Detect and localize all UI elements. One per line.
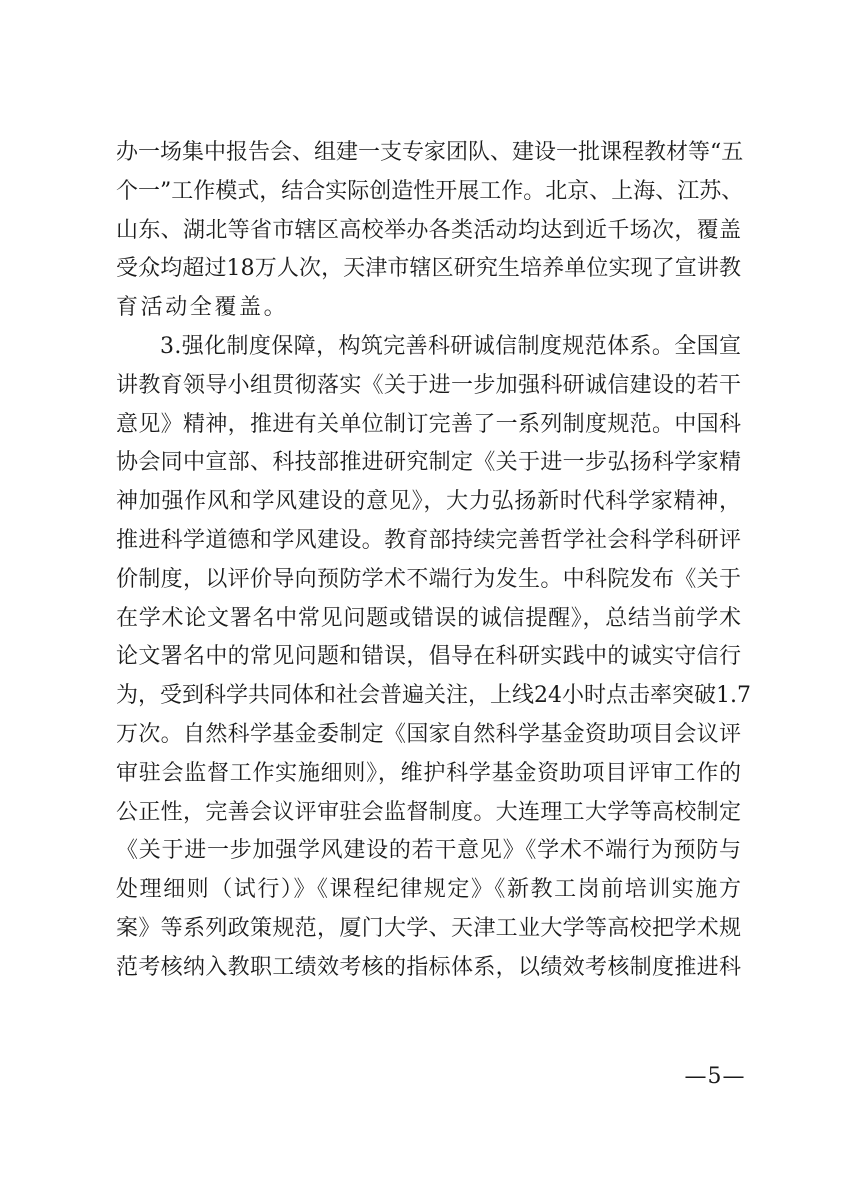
text-line: 讲教育领导小组贯彻落实《关于进一步加强科研诚信建设的若干 — [116, 373, 741, 412]
text-line: 受众均超过18万人次，天津市辖区研究生培养单位实现了宣讲教 — [116, 256, 741, 295]
text-line: 在学术论文署名中常见问题或错误的诚信提醒》，总结当前学术 — [116, 606, 741, 645]
text-line: 山东、湖北等省市辖区高校举办各类活动均达到近千场次，覆盖 — [116, 218, 741, 257]
paragraph-section-3: 3.强化制度保障，构筑完善科研诚信制度规范体系。全国宣 讲教育领导小组贯彻落实《… — [116, 334, 741, 994]
body-text: 办一场集中报告会、组建一支专家团队、建设一批课程教材等“五 个一”工作模式，结合… — [116, 140, 741, 994]
text-line: 公正性，完善会议评审驻会监督制度。大连理工大学等高校制定 — [116, 800, 741, 839]
text-line: 为，受到科学共同体和社会普遍关注，上线24小时点击率突破1.7 — [116, 683, 741, 722]
document-page: 办一场集中报告会、组建一支专家团队、建设一批课程教材等“五 个一”工作模式，结合… — [0, 0, 849, 1200]
text-line: 育活动全覆盖。 — [116, 295, 741, 334]
text-line: 万次。自然科学基金委制定《国家自然科学基金资助项目会议评 — [116, 722, 741, 761]
text-line: 协会同中宣部、科技部推进研究制定《关于进一步弘扬科学家精 — [116, 450, 741, 489]
text-line: 处理细则（试行）》《课程纪律规定》《新教工岗前培训实施方 — [116, 877, 741, 916]
text-line: 推进科学道德和学风建设。教育部持续完善哲学社会科学科研评 — [116, 528, 741, 567]
text-line: 意见》精神，推进有关单位制订完善了一系列制度规范。中国科 — [116, 412, 741, 451]
text-line: 案》等系列政策规范，厦门大学、天津工业大学等高校把学术规 — [116, 916, 741, 955]
text-line: 审驻会监督工作实施细则》，维护科学基金资助项目评审工作的 — [116, 761, 741, 800]
text-line: 个一”工作模式，结合实际创造性开展工作。北京、上海、江苏、 — [116, 179, 741, 218]
text-line: 论文署名中的常见问题和错误，倡导在科研实践中的诚实守信行 — [116, 644, 741, 683]
paragraph-continued: 办一场集中报告会、组建一支专家团队、建设一批课程教材等“五 个一”工作模式，结合… — [116, 140, 741, 334]
text-line: 神加强作风和学风建设的意见》，大力弘扬新时代科学家精神， — [116, 489, 741, 528]
text-line: 办一场集中报告会、组建一支专家团队、建设一批课程教材等“五 — [116, 140, 741, 179]
text-line: 范考核纳入教职工绩效考核的指标体系，以绩效考核制度推进科 — [116, 955, 741, 994]
text-line: 价制度，以评价导向预防学术不端行为发生。中科院发布《关于 — [116, 567, 741, 606]
page-number: —5— — [680, 1064, 750, 1090]
section-heading-line: 3.强化制度保障，构筑完善科研诚信制度规范体系。全国宣 — [116, 334, 741, 373]
text-line: 《关于进一步加强学风建设的若干意见》《学术不端行为预防与 — [116, 838, 741, 877]
